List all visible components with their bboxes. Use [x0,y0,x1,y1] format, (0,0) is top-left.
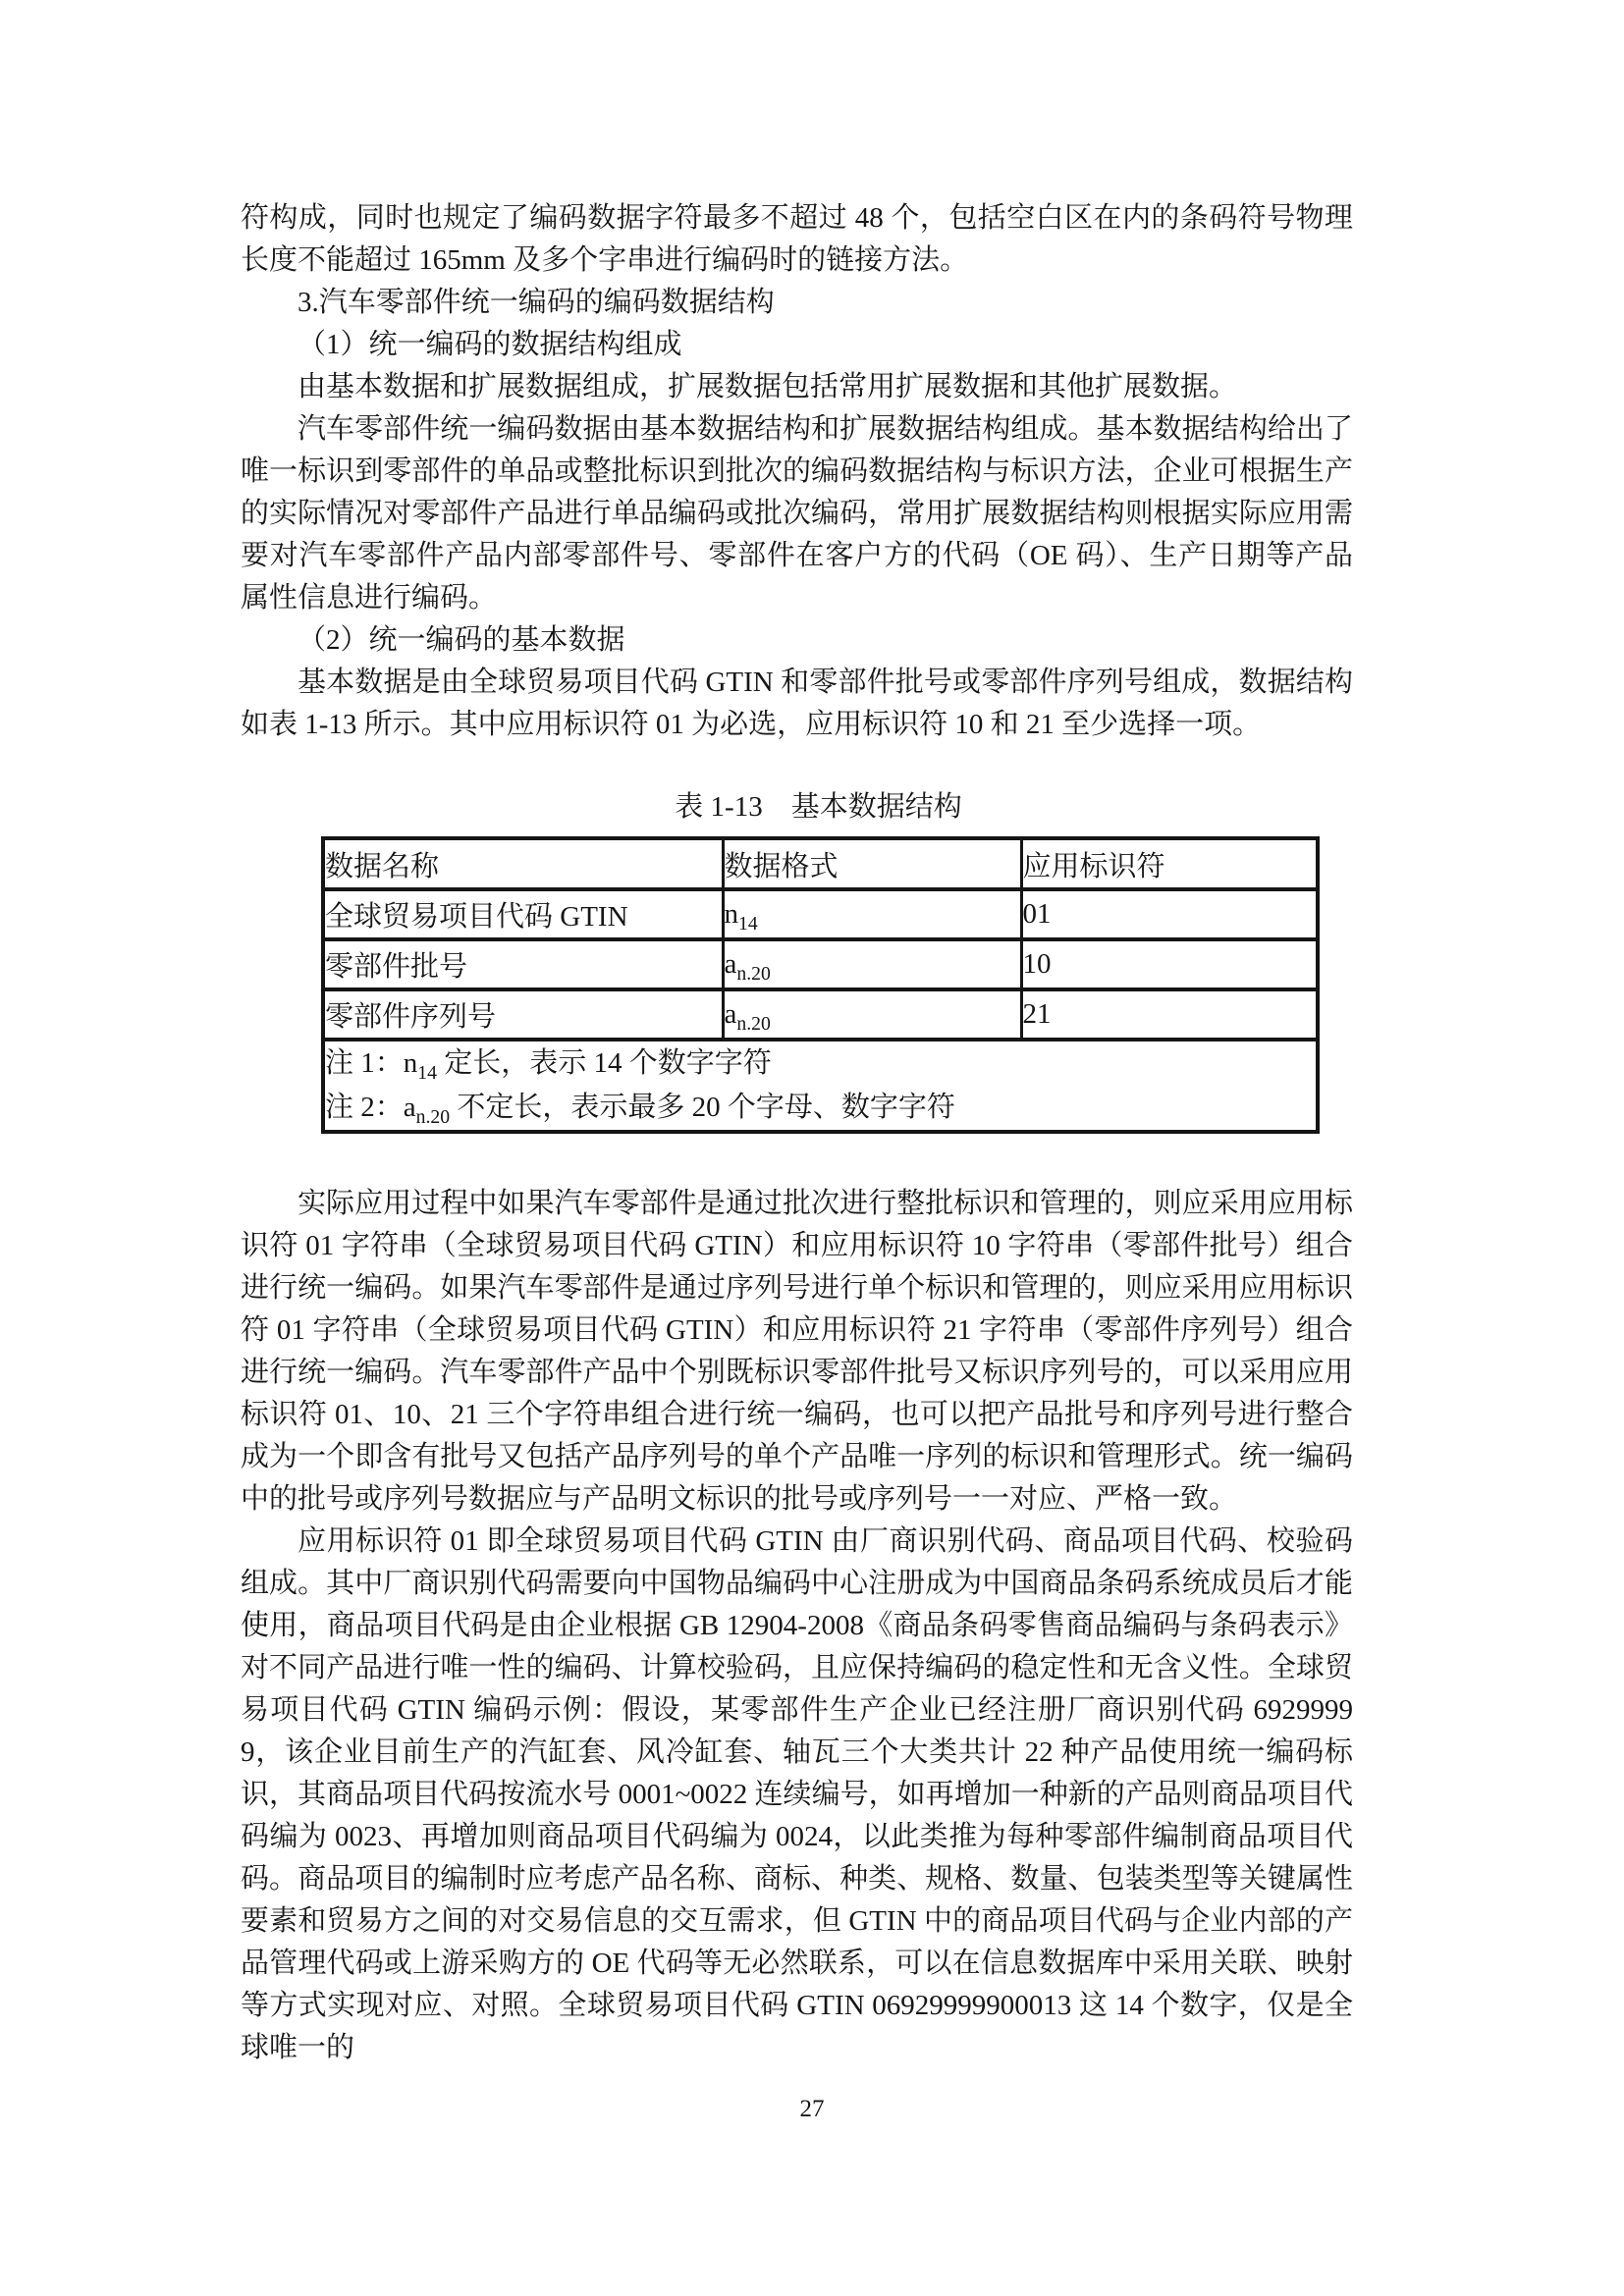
note-prefix: 注 2： [325,1092,404,1123]
table-note-2: 注 2：an.20 不定长，表示最多 20 个字母、数字字符 [325,1086,1316,1130]
cell-data-name: 零部件序列号 [323,989,723,1040]
table-notes-cell: 注 1：n14 定长，表示 14 个数字字符 注 2：an.20 不定长，表示最… [323,1040,1318,1132]
note-prefix: 注 1： [325,1047,404,1079]
cell-application-identifier: 01 [1021,889,1318,939]
note-text: 不定长，表示最多 20 个字母、数字字符 [450,1092,955,1123]
document-page: 符构成，同时也规定了编码数据字符最多不超过 48 个，包括空白区在内的条码符号物… [0,0,1624,2296]
table-notes-row: 注 1：n14 定长，表示 14 个数字字符 注 2：an.20 不定长，表示最… [323,1040,1318,1132]
table-row-gtin: 全球贸易项目代码 GTIN n14 01 [323,889,1318,939]
paragraph: 应用标识符 01 即全球贸易项目代码 GTIN 由厂商识别代码、商品项目代码、校… [241,1521,1353,2069]
paragraph: 由基本数据和扩展数据组成，扩展数据包括常用扩展数据和其他扩展数据。 [241,366,1353,408]
paragraph-continuation: 符构成，同时也规定了编码数据字符最多不超过 48 个，包括空白区在内的条码符号物… [241,197,1353,282]
page-number: 27 [0,2094,1624,2125]
heading-item-1: （1）统一编码的数据结构组成 [241,324,1353,366]
cell-data-format: n14 [723,889,1021,939]
basic-data-structure-table: 数据名称 数据格式 应用标识符 全球贸易项目代码 GTIN n14 01 零部件… [321,836,1320,1134]
cell-data-name: 全球贸易项目代码 GTIN [323,889,723,939]
table-row-serial-number: 零部件序列号 an.20 21 [323,989,1318,1040]
format-base: n [725,898,739,930]
header-application-identifier: 应用标识符 [1021,838,1318,889]
format-subscript: n.20 [736,963,770,985]
cell-data-format: an.20 [723,939,1021,989]
note-format-subscript: n.20 [416,1106,450,1128]
content-column: 符构成，同时也规定了编码数据字符最多不超过 48 个，包括空白区在内的条码符号物… [241,197,1353,2069]
note-text: 定长，表示 14 个数字字符 [437,1047,772,1079]
format-base: a [725,948,737,980]
heading-item-2: （2）统一编码的基本数据 [241,619,1353,662]
table-header-row: 数据名称 数据格式 应用标识符 [323,838,1318,889]
table-caption: 表 1-13 基本数据结构 [321,786,1316,828]
format-base: a [725,998,737,1030]
body-text-block: 实际应用过程中如果汽车零部件是通过批次进行整批标识和管理的，则应采用应用标识符 … [241,1183,1353,2069]
paragraph: 实际应用过程中如果汽车零部件是通过批次进行整批标识和管理的，则应采用应用标识符 … [241,1183,1353,1521]
paragraph: 基本数据是由全球贸易项目代码 GTIN 和零部件批号或零部件序列号组成，数据结构… [241,662,1353,746]
note-format-base: a [404,1092,416,1123]
note-format-base: n [404,1047,418,1079]
cell-application-identifier: 21 [1021,989,1318,1040]
format-subscript: 14 [738,913,758,934]
header-data-name: 数据名称 [323,838,723,889]
table-note-1: 注 1：n14 定长，表示 14 个数字字符 [325,1041,1316,1086]
cell-data-format: an.20 [723,989,1021,1040]
header-data-format: 数据格式 [723,838,1021,889]
cell-data-name: 零部件批号 [323,939,723,989]
table-row-batch-number: 零部件批号 an.20 10 [323,939,1318,989]
format-subscript: n.20 [736,1013,770,1035]
cell-application-identifier: 10 [1021,939,1318,989]
paragraph: 汽车零部件统一编码数据由基本数据结构和扩展数据结构组成。基本数据结构给出了唯一标… [241,408,1353,619]
heading-section-3: 3.汽车零部件统一编码的编码数据结构 [241,282,1353,324]
note-format-subscript: 14 [417,1062,437,1084]
